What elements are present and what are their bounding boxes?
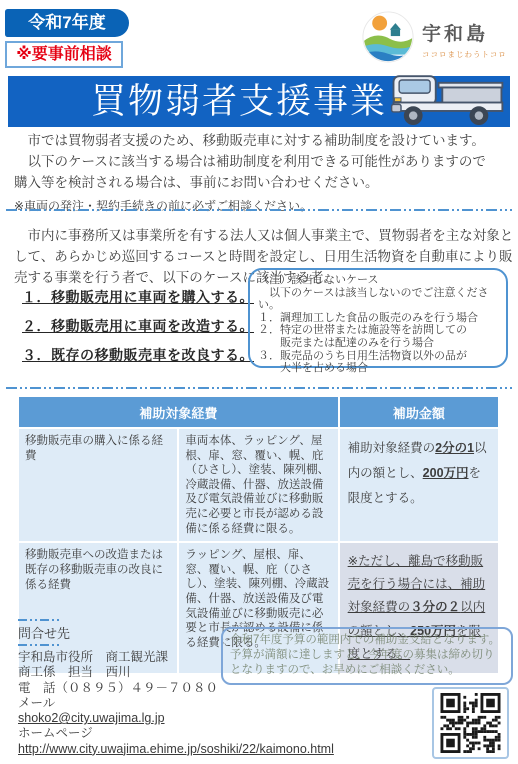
table-row: 移動販売車の購入に係る経費 車両本体、ラッピング、屋根、扉、窓、覆い、幌、庇（ひ… [19,429,498,541]
logo-city-name: 宇和島 [422,19,507,46]
contact-email-label: メール [18,696,334,711]
section-divider [6,209,512,211]
decorative-dash [18,619,62,621]
amount-highlight: ３分の２ [410,600,460,614]
header-amount: 補助金額 [340,397,498,427]
contact-heading: 問合せ先 [18,619,70,646]
kei-truck-icon [386,60,508,130]
qr-code [432,687,509,759]
prior-consultation-badge: ※要事前相談 [5,41,123,68]
exclusion-item-2: ２．特定の世帯または施設等を訪問しての 販売または配達のみを行う場合 [258,324,498,349]
contact-url-link[interactable]: http://www.city.uwajima.ehime.jp/soshiki… [18,742,334,756]
exclusion-note-box: （注）該当しないケース 以下のケースは該当しないのでご注意ください。 １．調理加… [248,268,508,368]
intro-paragraph: 市では買物弱者支援のため、移動販売車に対する補助制度を設けています。 以下のケー… [14,131,512,215]
section-divider [6,387,512,389]
intro-line: 以下のケースに該当する場合は補助制度を利用できる可能性がありますので [14,152,512,173]
contact-email-link[interactable]: shoko2@city.uwajima.lg.jp [18,711,165,725]
intro-note: ※車両の発注・契約手続きの前に必ずご相談ください。 [14,197,512,216]
exclusion-item-3: ３．販売品のうち日用生活物資以外の品が 大半を占める場合 [258,350,498,375]
cell-amount-1: 補助対象経費の2分の1以内の額とし、200万円を限度とする。 [340,429,498,541]
title-banner: 買物弱者支援事業 [8,76,510,127]
amount-text: 補助対象経費の [348,441,436,455]
qr-code-image [438,693,503,753]
contact-homepage-label: ホームページ [18,726,334,741]
cell-detail-1: 車両本体、ラッピング、屋根、扉、窓、覆い、幌、庇（ひさし）、塗装、陳列棚、冷蔵設… [179,429,337,541]
exclusion-intro: 以下のケースは該当しないのでご注意ください。 [258,287,498,312]
contact-label: 問合せ先 [18,623,70,642]
logo-tagline: ココロまじわうトコロ [422,49,507,60]
header-expense: 補助対象経費 [19,397,338,427]
intro-line: 購入等を検討される場合は、事前にお問い合わせください。 [14,173,512,194]
flyer-page: 令和7年度 ※要事前相談 宇和島 ココロまじわうトコロ 買物弱者支援 [0,0,518,764]
case-item-3: ３．既存の移動販売車を改良する。 [22,345,254,365]
case-item-1: １．移動販売用に車両を購入する。 [22,287,254,307]
exclusion-item-1: １．調理加工した食品の販売のみを行う場合 [258,312,498,325]
eligible-cases-list: １．移動販売用に車両を購入する。 ２．移動販売用に車両を改造する。 ３．既存の移… [22,287,254,374]
fiscal-year-badge: 令和7年度 [5,9,129,37]
intro-line: 市では買物弱者支援のため、移動販売車に対する補助制度を設けています。 [14,131,512,152]
exclusion-title: （注）該当しないケース [258,274,498,287]
decorative-dash [18,644,62,646]
budget-notice-box: 令和7年度予算の範囲内での補助金支給となります。予算が満額に達しますと、今年度の… [221,627,513,685]
table-header-row: 補助対象経費 補助金額 [19,397,498,427]
amount-highlight: 2分の1 [435,441,474,455]
case-item-2: ２．移動販売用に車両を改造する。 [22,316,254,336]
amount-highlight: 200万円 [423,466,469,480]
cell-category-1: 移動販売車の購入に係る経費 [19,429,177,541]
